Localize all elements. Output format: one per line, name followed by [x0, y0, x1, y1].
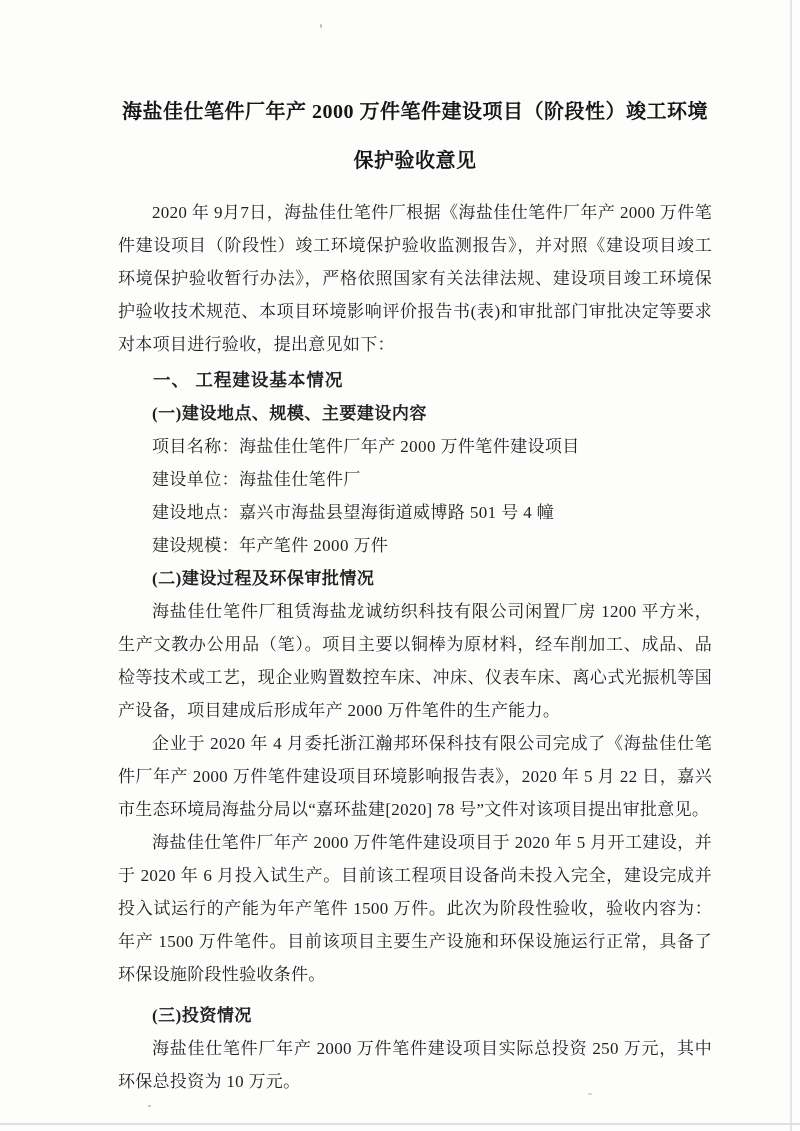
subsection-1-2-heading: (二)建设过程及环保审批情况 — [118, 562, 712, 595]
page-edge-bottom — [0, 1123, 800, 1125]
info-line-construction-site: 建设地点：嘉兴市海盐县望海街道威博路 501 号 4 幢 — [118, 496, 712, 529]
page-edge-right — [790, 0, 792, 1131]
section-1-heading: 一、 工程建设基本情况 — [118, 363, 712, 397]
paragraph-eia-approval: 企业于 2020 年 4 月委托浙江瀚邦环保科技有限公司完成了《海盐佳仕笔件厂年… — [118, 727, 712, 826]
paragraph-construction-process: 海盐佳仕笔件厂租赁海盐龙诚纺织科技有限公司闲置厂房 1200 平方米，生产文教办… — [118, 595, 712, 727]
paragraph-trial-production: 海盐佳仕笔件厂年产 2000 万件笔件建设项目于 2020 年 5 月开工建设，… — [118, 826, 712, 991]
document-title: 海盐佳仕笔件厂年产 2000 万件笔件建设项目（阶段性）竣工环境保护验收意见 — [118, 88, 712, 186]
scan-artifact — [320, 24, 322, 28]
info-line-project-name: 项目名称：海盐佳仕笔件厂年产 2000 万件笔件建设项目 — [118, 430, 712, 463]
subsection-1-3-heading: (三)投资情况 — [118, 999, 712, 1032]
subsection-1-1-heading: (一)建设地点、规模、主要建设内容 — [118, 397, 712, 430]
paragraph-investment: 海盐佳仕笔件厂年产 2000 万件笔件建设项目实际总投资 250 万元，其中环保… — [118, 1032, 712, 1098]
scan-artifact — [148, 1105, 151, 1107]
intro-paragraph: 2020 年 9月7日，海盐佳仕笔件厂根据《海盐佳仕笔件厂年产 2000 万件笔… — [118, 196, 712, 361]
info-line-construction-scale: 建设规模：年产笔件 2000 万件 — [118, 529, 712, 562]
document-page: 海盐佳仕笔件厂年产 2000 万件笔件建设项目（阶段性）竣工环境保护验收意见 2… — [0, 0, 800, 1131]
info-line-construction-unit: 建设单位：海盐佳仕笔件厂 — [118, 463, 712, 496]
document-content: 海盐佳仕笔件厂年产 2000 万件笔件建设项目（阶段性）竣工环境保护验收意见 2… — [118, 88, 712, 1098]
